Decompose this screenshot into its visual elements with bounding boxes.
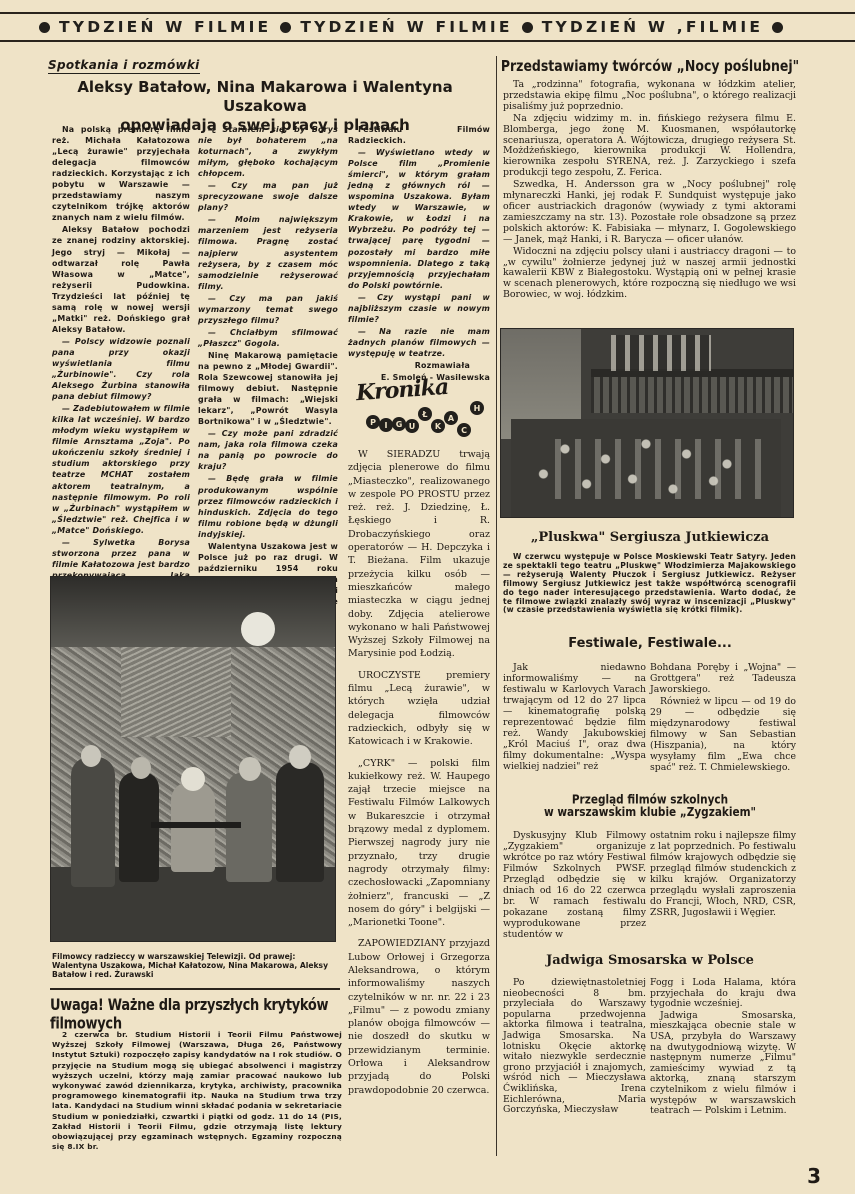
- logo-letter: Ł: [418, 407, 432, 421]
- logo-letter: U: [405, 419, 419, 433]
- paragraph: — Czy ma pan jakiś wymarzony temat swego…: [198, 293, 338, 326]
- paragraph: Dyskusyjny Klub Filmowy „Zygzakiem" orga…: [503, 830, 646, 940]
- logo-letter: K: [431, 419, 445, 433]
- smosarska-title: Jadwiga Smosarska w Polsce: [500, 953, 800, 968]
- masthead-segment: TYDZIEŃ W ,FILMIE: [542, 18, 763, 36]
- krytycy-body: 2 czerwca br. Studium Historii i Teorii …: [52, 1030, 342, 1153]
- signature-label: Rozmawiała: [348, 360, 490, 371]
- paragraph: — Wyświetlano wtedy w Polsce film „Promi…: [348, 147, 490, 291]
- przeglad-title-line-2: w warszawskim klubie „Zygzakiem": [500, 807, 800, 820]
- festiwale-column-1: Jak niedawno informowaliśmy — na festiwa…: [503, 662, 646, 773]
- page-number: 3: [807, 1164, 821, 1188]
- paragraph: Również w lipcu — od 19 do 29 — odbędzie…: [650, 696, 796, 773]
- divider: [50, 988, 340, 990]
- paragraph: — Chciałbym sfilmować „Płaszcz" Gogola.: [198, 327, 338, 349]
- festiwale-title: Festiwale, Festiwale...: [500, 636, 800, 651]
- magazine-page: TYDZIEŃ W FILMIE TYDZIEŃ W FILMIE TYDZIE…: [0, 0, 855, 1194]
- masthead: TYDZIEŃ W FILMIE TYDZIEŃ W FILMIE TYDZIE…: [0, 12, 855, 42]
- paragraph: Jadwiga Smosarska, mieszkająca obecnie s…: [650, 1011, 796, 1117]
- pluskwa-body: W czerwcu występuje w Polsce Moskiewski …: [503, 553, 796, 616]
- logo-letter: C: [457, 423, 471, 437]
- przeglad-column-1: Dyskusyjny Klub Filmowy „Zygzakiem" orga…: [503, 830, 646, 941]
- bullet-icon: [772, 22, 783, 33]
- bullet-icon: [280, 22, 291, 33]
- paragraph: — Zadebiutowałem w filmie kilka lat wcze…: [52, 403, 190, 536]
- paragraph: Festiwalu Filmów Radzieckich.: [348, 124, 490, 146]
- paragraph: Na zdjęciu widzimy m. in. fińskiego reży…: [503, 114, 796, 179]
- interview-column-1: Na polską premierę filmu reż. Michała Ka…: [52, 124, 190, 615]
- kronika-item: „CYRK" — polski film kukiełkowy reż. W. …: [348, 757, 490, 930]
- interview-column-3: Festiwalu Filmów Radzieckich. — Wyświetl…: [348, 124, 490, 384]
- paragraph: — Moim największym marzeniem jest reżyse…: [198, 214, 338, 291]
- bullet-icon: [522, 22, 533, 33]
- przeglad-column-2: ostatnim roku i najlepsze filmy z lat po…: [650, 830, 796, 919]
- masthead-segment: TYDZIEŃ W FILMIE: [59, 18, 271, 36]
- paragraph: — Czy wystąpi pani w najbliższym czasie …: [348, 292, 490, 325]
- kronika-pigulkach-logo: Kronika P I G U Ł K A C H: [350, 375, 468, 435]
- logo-letter: A: [444, 411, 458, 425]
- kronika-item: ZAPOWIEDZIANY przyjazd Lubow Orłowej i G…: [348, 937, 490, 1097]
- paragraph: Fogg i Loda Halama, która przyjechała do…: [650, 978, 796, 1010]
- paragraph: — Czy ma pan już sprecyzowane swoje dals…: [198, 180, 338, 213]
- paragraph: Widoczni na zdjęciu polscy ułani i austr…: [503, 247, 796, 302]
- headline-line-1: Aleksy Batałow, Nina Makarowa i Walentyn…: [45, 78, 485, 116]
- paragraph: — Polscy widzowie poznali pana przy okaz…: [52, 336, 190, 402]
- festiwale-column-2: Bohdana Poręby i „Wojna" — Grottgera" re…: [650, 662, 796, 774]
- logo-letter: P: [366, 415, 380, 429]
- logo-letter: H: [470, 401, 484, 415]
- paragraph: — Będę grała w filmie produkowanym wspól…: [198, 473, 338, 539]
- section-label: Spotkania i rozmówki: [48, 58, 200, 74]
- paragraph: Aleksy Batałow pochodzi ze znanej rodzin…: [52, 224, 190, 334]
- przeglad-title: Przegląd filmów szkolnych w warszawskim …: [500, 794, 800, 819]
- logo-letter-bubbles: P I G U Ł K A C H: [366, 401, 483, 429]
- paragraph: Na polską premierę filmu reż. Michała Ka…: [52, 124, 190, 223]
- paragraph: W czerwcu występuje w Polsce Moskiewski …: [503, 553, 796, 615]
- paragraph: Ninę Makarową pamiętacie na pewno z „Mło…: [198, 350, 338, 427]
- smosarska-column-1: Po dziewiętnastoletniej nieobecności 8 b…: [503, 978, 646, 1117]
- masthead-segment: TYDZIEŃ W FILMIE: [300, 18, 512, 36]
- tv-studio-photo: [50, 576, 336, 942]
- paragraph: Po dziewiętnastoletniej nieobecności 8 b…: [503, 978, 646, 1116]
- paragraph: Jak niedawno informowaliśmy — na festiwa…: [503, 662, 646, 772]
- interview-column-2: — Starałem się, by Borys nie był bohater…: [198, 124, 338, 619]
- noc-body: Ta „rodzinna" fotografia, wykonana w łód…: [503, 80, 796, 302]
- paragraph: — Na razie nie mam żadnych planów filmow…: [348, 326, 490, 359]
- noc-title: Przedstawiamy twórców „Nocy poślubnej": [500, 57, 800, 75]
- paragraph: — Czy może pani zdradzić nam, jaka rola …: [198, 428, 338, 472]
- paragraph: — Starałem się, by Borys nie był bohater…: [198, 124, 338, 179]
- paragraph: Ta „rodzinna" fotografia, wykonana w łód…: [503, 80, 796, 113]
- pluskwa-title: „Pluskwa" Sergiusza Jutkiewicza: [500, 530, 800, 545]
- bullet-icon: [39, 22, 50, 33]
- paragraph: ostatnim roku i najlepsze filmy z lat po…: [650, 830, 796, 918]
- kronika-item: W SIERADZU trwają zdjęcia plenerowe do f…: [348, 448, 490, 661]
- paragraph: 2 czerwca br. Studium Historii i Teorii …: [52, 1030, 342, 1152]
- kronika-item: UROCZYSTE premiery filmu „Lecą żurawie",…: [348, 669, 490, 749]
- logo-letter: G: [392, 417, 406, 431]
- krytycy-title: Uwaga! Ważne dla przyszłych krytyków fil…: [50, 996, 370, 1034]
- photo-caption: Filmowcy radzieccy w warszawskiej Telewi…: [52, 952, 342, 979]
- logo-letter: I: [379, 418, 393, 432]
- paragraph: Szwedka, H. Andersson gra w „Nocy poślub…: [503, 180, 796, 245]
- smosarska-column-2: Fogg i Loda Halama, która przyjechała do…: [650, 978, 796, 1118]
- kronika-column: W SIERADZU trwają zdjęcia plenerowe do f…: [348, 448, 490, 1098]
- column-divider: [496, 56, 497, 1156]
- paragraph: Bohdana Poręby i „Wojna" — Grottgera" re…: [650, 662, 796, 695]
- noc-crew-photo: [500, 328, 794, 518]
